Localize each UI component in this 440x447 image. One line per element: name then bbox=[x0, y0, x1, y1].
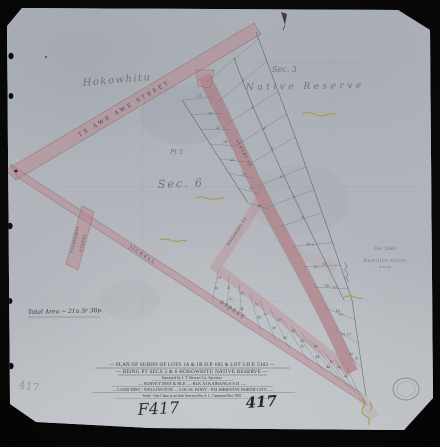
lot-number: 45 bbox=[314, 345, 318, 349]
total-area-note: Total Area ~ 21a 3r 38p. bbox=[28, 307, 103, 316]
embossed-seal bbox=[393, 378, 419, 400]
title-line-4: — SURVEY DIST & BLK — BLK XI KAIRANGA S.… bbox=[137, 381, 246, 386]
lot-number: 16 bbox=[336, 309, 340, 313]
lot-number: 34 bbox=[239, 307, 243, 311]
title-line-1: — PLAN OF SUBDN OF LOTS 1A & 1B D.P. 605… bbox=[108, 362, 276, 368]
north-arrow bbox=[281, 12, 287, 30]
locality-note: Hokowhitu bbox=[81, 72, 152, 89]
title-line-2: — BEING PT SECS 3 & 6 HOKOWHITU NATIVE R… bbox=[115, 369, 269, 375]
lot-number: 20 bbox=[349, 352, 353, 356]
lot-number: 44 bbox=[315, 355, 319, 359]
lot-boundary-line bbox=[247, 137, 295, 166]
lot-number: 30 bbox=[214, 286, 218, 290]
lot-number: 28 bbox=[257, 204, 261, 208]
title-line-5: — LAND DIST - WELLINGTON — LOCAL BODY - … bbox=[111, 387, 273, 392]
olive-scribble-2 bbox=[196, 197, 224, 199]
construction-lines bbox=[40, 55, 428, 330]
lot-number: 13 bbox=[333, 285, 337, 289]
lot-number: 7 bbox=[293, 195, 295, 199]
lot-number: 18 bbox=[341, 332, 345, 336]
jickell-street-name-label: JICKELL bbox=[127, 244, 157, 266]
lot-number: 33 bbox=[240, 292, 244, 296]
map-canvas: 1234567891011121314151617181920212223242… bbox=[0, 0, 440, 447]
street-fitzherbert-band bbox=[66, 206, 94, 270]
lot-number: 17 bbox=[347, 333, 351, 337]
native-reserve-note: Native Reserve bbox=[245, 81, 365, 93]
lot-number: 14 bbox=[325, 284, 329, 288]
lot-number: 43 bbox=[301, 339, 305, 343]
lot-number: 5 bbox=[271, 147, 273, 151]
lot-number: 49 bbox=[344, 375, 348, 379]
sec6-note: Sec. 6 bbox=[158, 176, 205, 191]
lot-boundary-line bbox=[212, 269, 218, 301]
right-note-line3: P. North bbox=[378, 265, 391, 269]
lot-number: 15 bbox=[339, 313, 343, 317]
paper-speck bbox=[45, 56, 47, 58]
title-line-3: Surveyed by J. T. Stewart Lic. Surveyor bbox=[162, 376, 223, 380]
lot-number: 12 bbox=[314, 265, 318, 269]
lot-number: 24 bbox=[223, 140, 227, 144]
lot-number: 25 bbox=[230, 158, 234, 162]
lot-number: 47 bbox=[330, 360, 334, 364]
lot-number: 3 bbox=[251, 106, 253, 110]
plan-paper: 1234567891011121314151617181920212223242… bbox=[0, 0, 440, 447]
lot-number: 38 bbox=[272, 326, 276, 330]
lot-number: 23 bbox=[216, 126, 220, 130]
lot-number: 40 bbox=[283, 336, 287, 340]
olive-scribble-3 bbox=[160, 239, 187, 241]
lot-number: 26 bbox=[242, 172, 246, 176]
file-number-handwritten: F417 bbox=[136, 398, 180, 419]
sec3-note: Sec. 3 bbox=[272, 65, 297, 74]
lot-number: 36 bbox=[257, 315, 261, 319]
lot-number: 42 bbox=[301, 344, 305, 348]
lot-number: 10 bbox=[306, 243, 310, 247]
right-note-line1: Dec 2040 bbox=[373, 246, 396, 252]
lot-number: 11 bbox=[322, 262, 326, 266]
olive-scribble-4 bbox=[344, 296, 363, 298]
plan-number-faint-left: 417 bbox=[17, 378, 40, 394]
pt5-note: Pt 5 bbox=[169, 148, 183, 156]
lot-number: 8 bbox=[301, 216, 303, 220]
lot-number: 21 bbox=[197, 94, 201, 98]
lot-number: 32 bbox=[229, 297, 233, 301]
lot-number: 4 bbox=[263, 127, 265, 131]
right-note-line2: Hamilton Grove bbox=[362, 258, 406, 264]
lot-boundary-line bbox=[314, 287, 348, 288]
lot-number: 1 bbox=[234, 58, 236, 62]
lot-number: 39 bbox=[277, 318, 281, 322]
lot-number: 31 bbox=[227, 286, 231, 290]
plan-number-handwritten: 417 bbox=[245, 392, 278, 412]
lot-number: 27 bbox=[249, 186, 253, 190]
lot-number: 48 bbox=[337, 365, 341, 369]
lot-number: 9 bbox=[311, 243, 313, 247]
lot-number: 19 bbox=[354, 357, 358, 361]
punch-marks bbox=[7, 53, 46, 369]
vertex-speck bbox=[15, 170, 18, 173]
title-line-6: Scale - One Chain to an Inch Surveyed by… bbox=[143, 394, 242, 398]
lot-number: 2 bbox=[242, 78, 244, 82]
lot-number: 37 bbox=[264, 312, 268, 316]
lot-number: 22 bbox=[208, 112, 212, 116]
ink-annotations: Total Area ~ 21a 3r 38p. bbox=[28, 307, 103, 317]
lot-number: 35 bbox=[254, 302, 258, 306]
lot-number: 6 bbox=[280, 175, 282, 179]
lot-number: 41 bbox=[291, 329, 295, 333]
lot-number: 29 bbox=[217, 276, 221, 280]
scanned-survey-plan: 1234567891011121314151617181920212223242… bbox=[0, 0, 440, 447]
olive-scribble-1 bbox=[302, 113, 336, 116]
lot-boundary-line bbox=[237, 114, 287, 145]
lot-number: 46 bbox=[326, 365, 330, 369]
